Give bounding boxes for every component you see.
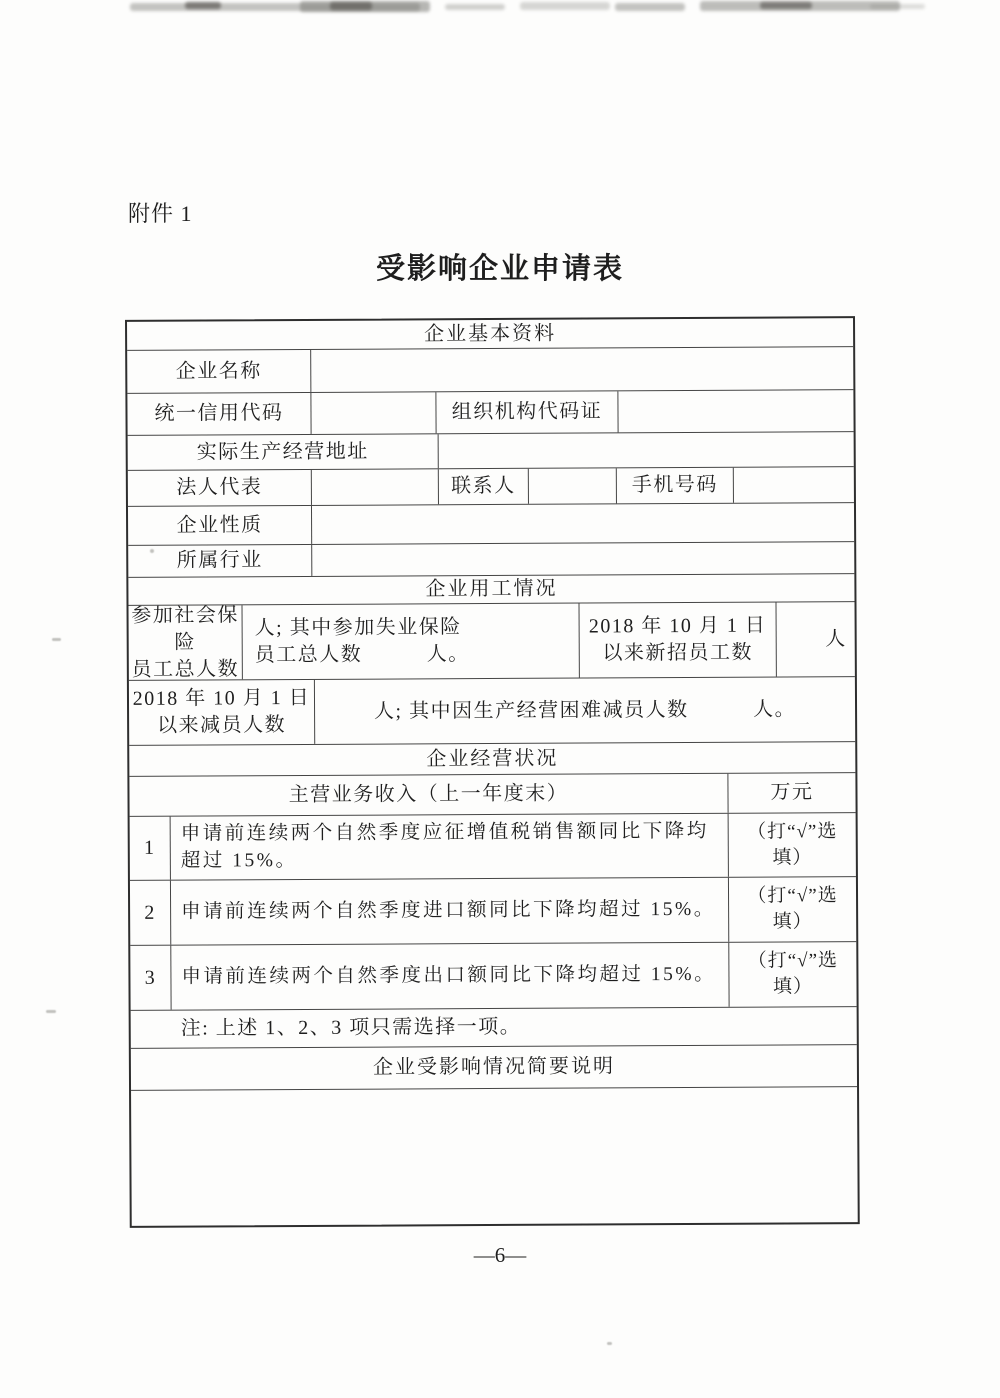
row-codes: 统一信用代码 组织机构代码证 [127,389,853,435]
row-revenue: 主营业务收入（上一年度末） 万元 [129,772,855,816]
section-header-basic: 企业基本资料 [127,318,853,350]
nature-value-cell [311,503,854,544]
address-value-cell [438,432,854,468]
company-name-value-cell [310,347,853,392]
social-insurance-text: 人; 其中参加失业保险 员工总人数 人。 [242,604,579,680]
nature-label: 企业性质 [128,506,311,545]
legal-rep-label: 法人代表 [128,470,311,506]
row-industry: 所属行业 [128,541,854,577]
page-title: 受影响企业申请表 [0,246,1000,287]
legal-rep-value-cell [311,469,438,505]
section-row-basic: 企业基本资料 [127,318,853,350]
industry-value-cell [311,542,854,576]
row-legal-rep: 法人代表 联系人 手机号码 [128,466,854,506]
attachment-label: 附件 1 [128,197,193,228]
mobile-value-cell [733,467,854,503]
application-form-table: 企业基本资料 企业名称 统一信用代码 组织机构代码证 实际生产经营地址 法人代表… [125,316,860,1228]
page-number: —6— [0,1243,1000,1268]
section-header-operation: 企业经营状况 [129,742,855,776]
criterion-row-2: 2 申请前连续两个自然季度进口额同比下降均超过 15%。 （打“√”选 填） [130,876,856,945]
section-header-impact: 企业受影响情况简要说明 [131,1045,857,1090]
new-hires-unit: 人 [775,602,854,676]
row-note: 注: 上述 1、2、3 项只需选择一项。 [131,1006,857,1048]
impact-description-cell [131,1086,858,1226]
row-nature: 企业性质 [128,502,854,545]
section-row-impact: 企业受影响情况简要说明 [131,1044,857,1090]
credit-code-label: 统一信用代码 [127,393,310,435]
criterion-3-number: 3 [130,946,170,1010]
section-row-employment: 企业用工情况 [128,573,854,605]
social-insurance-label: 参加社会保险 员工总人数 [129,605,242,680]
org-code-label: 组织机构代码证 [435,391,617,433]
row-address: 实际生产经营地址 [128,431,854,470]
revenue-label: 主营业务收入（上一年度末） [129,774,727,816]
layoff-text: 人; 其中因生产经营困难减员人数 人。 [314,677,855,744]
mobile-label: 手机号码 [616,468,733,504]
contact-label: 联系人 [438,469,528,504]
row-layoffs: 2018 年 10 月 1 日 以来减员人数 人; 其中因生产经营困难减员人数 … [129,676,855,745]
credit-code-value-cell [310,392,435,434]
criterion-2-note: （打“√”选 填） [728,877,856,942]
contact-value-cell [528,468,616,503]
section-row-operation: 企业经营状况 [129,741,855,776]
scanned-page: 附件 1 受影响企业申请表 企业基本资料 企业名称 统一信用代码 组织机构代码证… [0,0,1000,1398]
layoff-label: 2018 年 10 月 1 日 以来减员人数 [129,680,314,745]
industry-label: 所属行业 [128,545,311,577]
org-code-value-cell [617,390,853,432]
section-header-employment: 企业用工情况 [128,574,854,605]
row-company-name: 企业名称 [127,346,853,393]
row-insurance: 参加社会保险 员工总人数 人; 其中参加失业保险 员工总人数 人。 2018 年… [128,601,854,680]
revenue-unit: 万元 [727,773,855,813]
criterion-2-text: 申请前连续两个自然季度进口额同比下降均超过 15%。 [170,878,728,945]
new-hires-label: 2018 年 10 月 1 日 以来新招员工数 [578,603,775,678]
criterion-3-note: （打“√”选 填） [728,942,856,1007]
criterion-1-number: 1 [130,817,170,880]
address-label: 实际生产经营地址 [128,434,438,470]
company-name-label: 企业名称 [127,350,310,393]
criterion-3-text: 申请前连续两个自然季度出口额同比下降均超过 15%。 [170,943,728,1010]
criterion-row-1: 1 申请前连续两个自然季度应征增值税销售额同比下降均超过 15%。 （打“√”选… [130,812,856,880]
criterion-1-note: （打“√”选 填） [728,813,856,877]
criterion-row-3: 3 申请前连续两个自然季度出口额同比下降均超过 15%。 （打“√”选 填） [130,941,856,1010]
criterion-2-number: 2 [130,881,170,945]
criterion-1-text: 申请前连续两个自然季度应征增值税销售额同比下降均超过 15%。 [170,814,728,880]
impact-description-empty [131,1087,858,1226]
selection-note: 注: 上述 1、2、3 项只需选择一项。 [131,1007,857,1048]
